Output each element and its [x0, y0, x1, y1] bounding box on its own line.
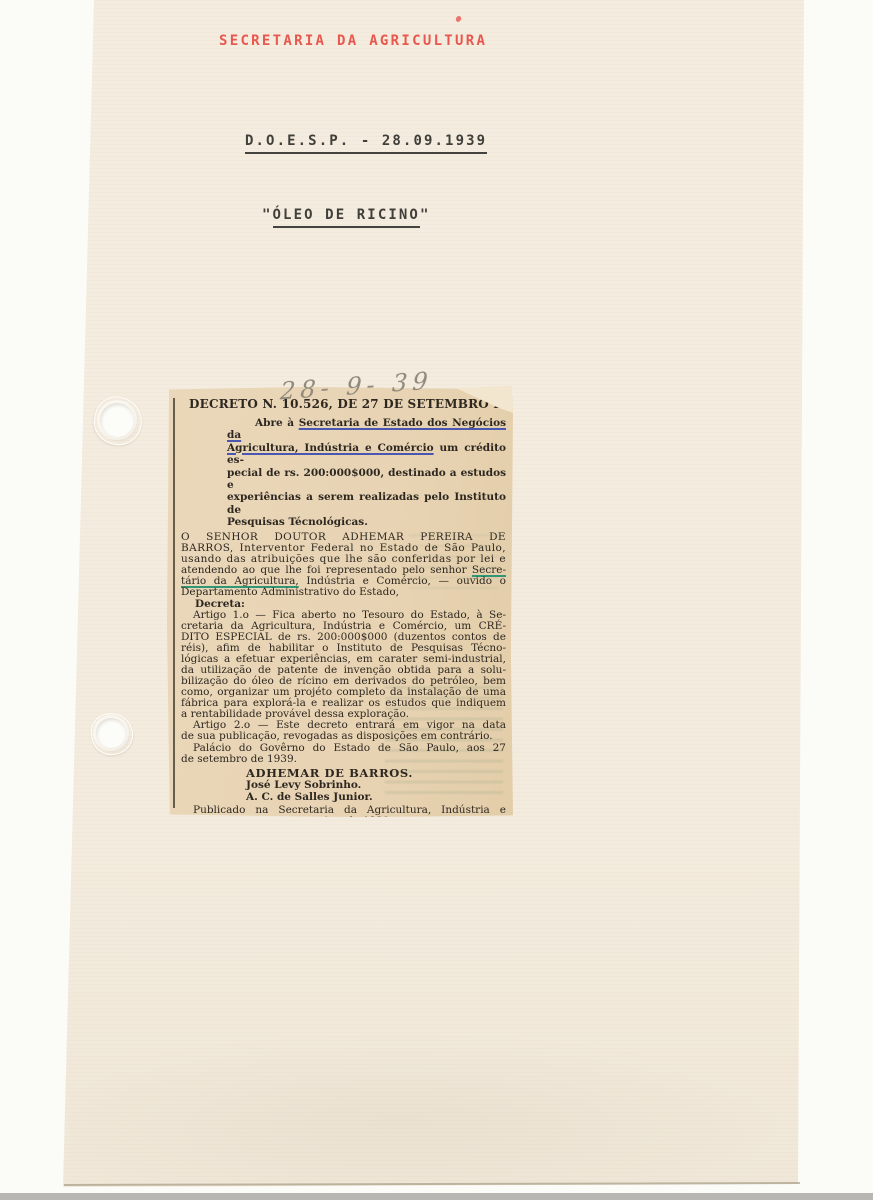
close-quote: "	[420, 207, 431, 223]
decree-article-2: Artigo 2.o — Este decreto entrará em vig…	[181, 720, 506, 742]
text-line: de setembro de 1939.	[181, 754, 506, 765]
decree-closing-palace: Palácio do Govêrno do Estado de São Paul…	[181, 743, 506, 765]
header-doesp-date: D.O.E.S.P. - 28.09.1939	[245, 133, 487, 149]
preamble-start-lines: O SENHOR DOUTOR ADHEMAR PEREIRA DEBARROS…	[181, 532, 506, 565]
newspaper-clipping: DECRETO N. 10.526, DE 27 DE SETEMBRO DE …	[167, 386, 513, 818]
hole-punch-top	[100, 403, 134, 437]
hole-punch-bottom	[96, 718, 126, 748]
text-line: ADHEMAR DE BARROS.	[246, 767, 506, 779]
text-line: Departamento Administrativo do Estado,	[181, 587, 506, 598]
doesp-underlined-text: D.O.E.S.P. - 28.09.1939	[245, 133, 487, 154]
decree-article-1: Artigo 1.o — Fica aberto no Tesouro do E…	[181, 610, 506, 720]
text-line: Agricultura, Indústria e Comércio um cré…	[227, 442, 506, 467]
oleo-underlined-text: ÓLEO DE RICINO	[273, 207, 420, 228]
text-line: experiências a serem realizadas pelo Ins…	[227, 491, 506, 516]
summary-rest-lines: pecial de rs. 200:000$000, destinado a e…	[227, 467, 506, 529]
text-line: A. C. de Salles Junior.	[246, 791, 506, 803]
text-line: de sua publicação, revogadas as disposiç…	[181, 731, 506, 742]
blue-underlined-phrase: Agricultura, Indústria e Comércio	[227, 442, 434, 454]
text-segment: Abre à	[255, 417, 299, 429]
decree-signatures: ADHEMAR DE BARROS.José Levy Sobrinho.A. …	[246, 767, 506, 804]
decree-summary: Abre à Secretaria de Estado dos Negócios…	[227, 417, 506, 529]
decree-preamble: O SENHOR DOUTOR ADHEMAR PEREIRA DEBARROS…	[181, 532, 506, 610]
paper-crease-shading	[70, 1030, 800, 1182]
clipping-text-column: DECRETO N. 10.526, DE 27 DE SETEMBRO DE …	[181, 398, 506, 859]
text-line: Pesquisas Técnológicas.	[227, 516, 506, 528]
text-line: Abre à Secretaria de Estado dos Negócios…	[227, 417, 506, 442]
text-line: José Levy Sobrinho.	[246, 779, 506, 791]
text-line: pecial de rs. 200:000$000, destinado a e…	[227, 467, 506, 492]
open-quote: "	[262, 207, 273, 223]
scanner-edge-strip	[0, 1193, 873, 1200]
header-secretaria: SECRETARIA DA AGRICULTURA	[219, 33, 487, 49]
newspaper-column-rule	[173, 398, 175, 808]
header-oleo-de-ricino: "ÓLEO DE RICINO"	[262, 207, 430, 223]
